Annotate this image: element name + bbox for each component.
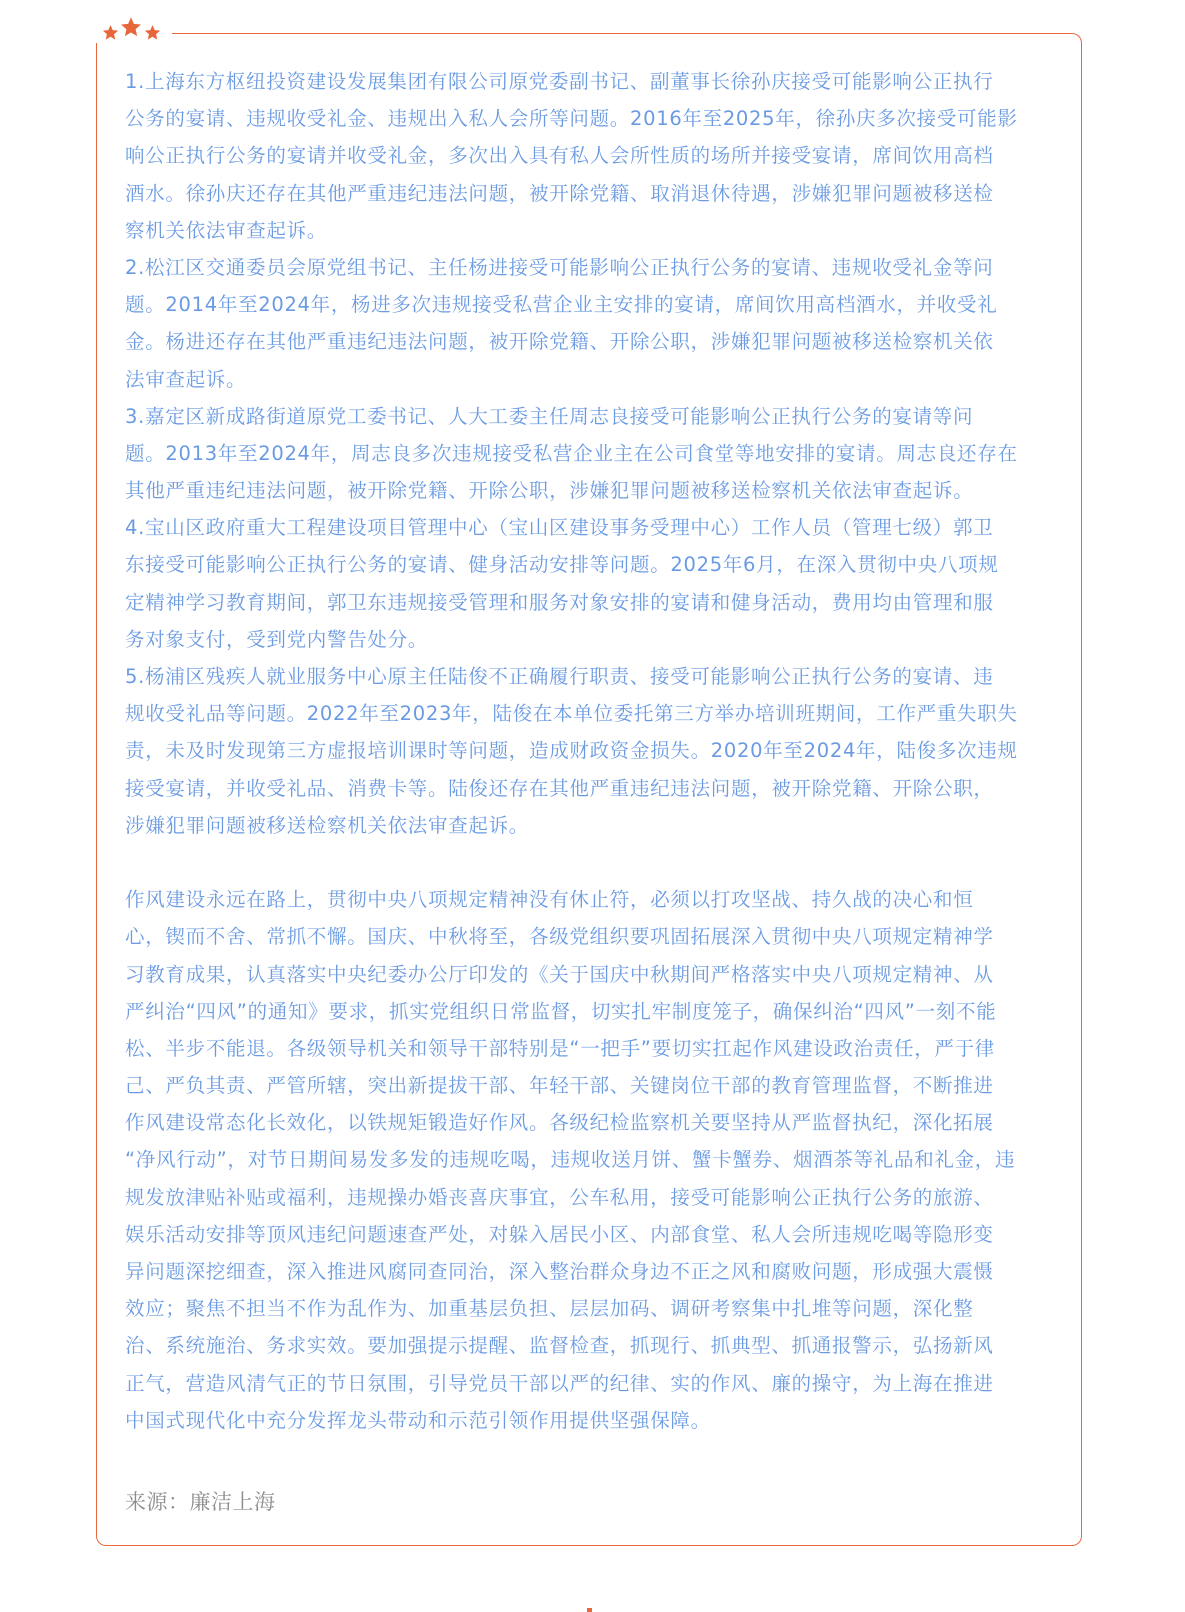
text-line: 酒水。徐孙庆还存在其他严重违纪违法问题，被开除党籍、取消退休待遇，涉嫌犯罪问题被… [125,175,1060,212]
text-line: 作风建设常态化长效化，以铁规矩锻造好作风。各级纪检监察机关要坚持从严监督执纪，深… [125,1104,1060,1141]
text-line: 治、系统施治、务求实效。要加强提示提醒、监督检查，抓现行、抓典型、抓通报警示，弘… [125,1327,1060,1364]
text-line: 异问题深挖细查，深入推进风腐同查同治，深入整治群众身边不正之风和腐败问题，形成强… [125,1253,1060,1290]
text-line: 4.宝山区政府重大工程建设项目管理中心（宝山区建设事务受理中心）工作人员（管理七… [125,509,1060,546]
text-line: 作风建设永远在路上，贯彻中央八项规定精神没有休止符，必须以打攻坚战、持久战的决心… [125,881,1060,918]
text-line: 接受宴请，并收受礼品、消费卡等。陆俊还存在其他严重违纪违法问题，被开除党籍、开除… [125,770,1060,807]
text-line: 5.杨浦区残疾人就业服务中心原主任陆俊不正确履行职责、接受可能影响公正执行公务的… [125,658,1060,695]
divider-mark [587,1608,592,1612]
text-line: 定精神学习教育期间，郭卫东违规接受管理和服务对象安排的宴请和健身活动，费用均由管… [125,584,1060,621]
text-line: 务对象支付，受到党内警告处分。 [125,621,1060,658]
frame-border-left [96,43,97,1535]
frame-border-bottom [107,1545,1071,1546]
text-line: 3.嘉定区新成路街道原党工委书记、人大工委主任周志良接受可能影响公正执行公务的宴… [125,398,1060,435]
text-line: 责，未及时发现第三方虚报培训课时等问题，造成财政资金损失。2020年至2024年… [125,732,1060,769]
frame-border-right [1081,44,1082,1535]
text-line: 规收受礼品等问题。2022年至2023年，陆俊在本单位委托第三方举办培训班期间，… [125,695,1060,732]
article-body: 1.上海东方枢纽投资建设发展集团有限公司原党委副书记、副董事长徐孙庆接受可能影响… [125,63,1060,1439]
text-line: “净风行动”，对节日期间易发多发的违规吃喝，违规收送月饼、蟹卡蟹券、烟酒茶等礼品… [125,1141,1060,1178]
text-line: 严纠治“四风”的通知》要求，抓实党组织日常监督，切实扎牢制度笼子，确保纠治“四风… [125,993,1060,1030]
text-line: 正气，营造风清气正的节日氛围，引导党员干部以严的纪律、实的作风、廉的操守，为上海… [125,1365,1060,1402]
text-line: 题。2014年至2024年，杨进多次违规接受私营企业主安排的宴请，席间饮用高档酒… [125,286,1060,323]
source-credit: 来源：廉洁上海 [125,1484,276,1520]
star-icon [102,24,119,41]
text-line: 己、严负其责、严管所辖，突出新提拔干部、年轻干部、关键岗位干部的教育管理监督，不… [125,1067,1060,1104]
text-line: 心，锲而不舍、常抓不懈。国庆、中秋将至，各级党组织要巩固拓展深入贯彻中央八项规定… [125,918,1060,955]
text-line: 其他严重违纪违法问题，被开除党籍、开除公职，涉嫌犯罪问题被移送检察机关依法审查起… [125,472,1060,509]
text-line: 涉嫌犯罪问题被移送检察机关依法审查起诉。 [125,807,1060,844]
text-line: 1.上海东方枢纽投资建设发展集团有限公司原党委副书记、副董事长徐孙庆接受可能影响… [125,63,1060,100]
case-item-4: 4.宝山区政府重大工程建设项目管理中心（宝山区建设事务受理中心）工作人员（管理七… [125,509,1060,658]
text-line: 效应；聚焦不担当不作为乱作为、加重基层负担、层层加码、调研考察集中扎堆等问题，深… [125,1290,1060,1327]
star-icon [144,24,161,41]
text-line: 察机关依法审查起诉。 [125,212,1060,249]
text-line: 松、半步不能退。各级领导机关和领导干部特别是“一把手”要切实扛起作风建设政治责任… [125,1030,1060,1067]
star-icon [120,16,142,38]
case-item-2: 2.松江区交通委员会原党组书记、主任杨进接受可能影响公正执行公务的宴请、违规收受… [125,249,1060,398]
case-item-3: 3.嘉定区新成路街道原党工委书记、人大工委主任周志良接受可能影响公正执行公务的宴… [125,398,1060,510]
text-line: 规发放津贴补贴或福利，违规操办婚丧喜庆事宜，公车私用，接受可能影响公正执行公务的… [125,1179,1060,1216]
text-line: 题。2013年至2024年，周志良多次违规接受私营企业主在公司食堂等地安排的宴请… [125,435,1060,472]
text-line: 习教育成果，认真落实中央纪委办公厅印发的《关于国庆中秋期间严格落实中央八项规定精… [125,956,1060,993]
text-line: 东接受可能影响公正执行公务的宴请、健身活动安排等问题。2025年6月，在深入贯彻… [125,546,1060,583]
text-line: 2.松江区交通委员会原党组书记、主任杨进接受可能影响公正执行公务的宴请、违规收受… [125,249,1060,286]
case-item-5: 5.杨浦区残疾人就业服务中心原主任陆俊不正确履行职责、接受可能影响公正执行公务的… [125,658,1060,844]
text-line: 公务的宴请、违规收受礼金、违规出入私人会所等问题。2016年至2025年，徐孙庆… [125,100,1060,137]
text-line: 金。杨进还存在其他严重违纪违法问题，被开除党籍、开除公职，涉嫌犯罪问题被移送检察… [125,323,1060,360]
case-item-1: 1.上海东方枢纽投资建设发展集团有限公司原党委副书记、副董事长徐孙庆接受可能影响… [125,63,1060,249]
paragraph-gap [125,844,1060,881]
text-line: 中国式现代化中充分发挥龙头带动和示范引领作用提供坚强保障。 [125,1402,1060,1439]
frame-border-top [172,33,1072,34]
text-line: 响公正执行公务的宴请并收受礼金，多次出入具有私人会所性质的场所并接受宴请，席间饮… [125,137,1060,174]
closing-paragraph: 作风建设永远在路上，贯彻中央八项规定精神没有休止符，必须以打攻坚战、持久战的决心… [125,881,1060,1439]
text-line: 法审查起诉。 [125,361,1060,398]
text-line: 娱乐活动安排等顶风违纪问题速查严处，对躲入居民小区、内部食堂、私人会所违规吃喝等… [125,1216,1060,1253]
stars-decoration [102,16,166,44]
